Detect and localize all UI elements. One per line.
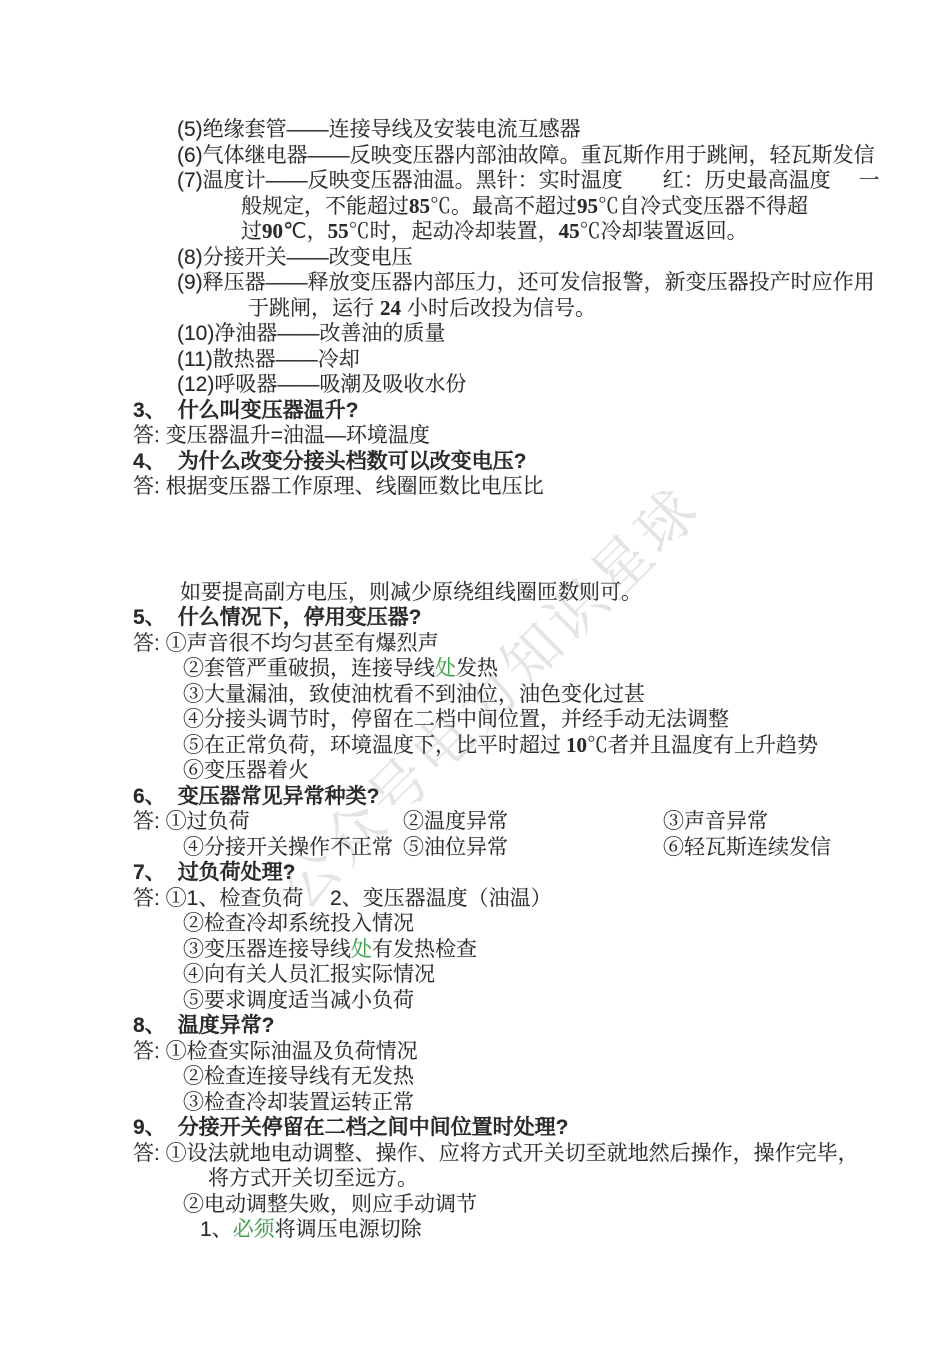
text-line: ④分接头调节时，停留在二档中间位置，并经手动无法调整 [183, 707, 950, 733]
text-run: ②电动调整失败，则应手动调节 [183, 1193, 477, 1216]
bold-number-run: 95 [577, 194, 598, 218]
text-run: ③检查冷却装置运转正常 [183, 1091, 414, 1114]
text-run: 将调压电源切除 [275, 1218, 422, 1241]
bold-number-run: 85 [409, 194, 430, 218]
text-run: (8)分接开关——改变电压 [177, 246, 413, 269]
text-line: ④分接开关操作不正常⑤油位异常⑥轻瓦斯连续发信 [183, 835, 950, 861]
text-line: ⑤在正常负荷，环境温度下，比平时超过10℃者并且温度有上升趋势 [183, 733, 950, 759]
paragraph-gap [0, 500, 950, 580]
text-run: 答: 根据变压器工作原理、线圈匝数比电压比 [133, 475, 544, 498]
bold-number-run: 55 [328, 219, 349, 243]
text-line: 答: ①声音很不均匀甚至有爆烈声 [133, 631, 950, 657]
question-heading-line: 5、什么情况下，停用变压器? [133, 605, 950, 631]
highlighted-text-run: 处 [435, 657, 456, 680]
text-line: ②套管严重破损，连接导线处发热 [183, 656, 950, 682]
text-line: ⑤要求调度适当减小负荷 [183, 988, 950, 1014]
text-run: ℃自冷式变压器不得超 [598, 195, 808, 218]
text-run: 什么情况下，停用变压器? [178, 606, 422, 629]
text-line: (11)散热器——冷却 [177, 347, 950, 373]
text-line: ④向有关人员汇报实际情况 [183, 962, 950, 988]
text-line: 将方式开关切至远方。 [208, 1166, 950, 1192]
text-run: 7、 [133, 861, 166, 884]
text-line: ⑥变压器着火 [183, 758, 950, 784]
document-page: { "page": { "width": 950, "height": 1345… [0, 0, 950, 1345]
text-run: 答: ①1、检查负荷 [133, 887, 303, 910]
text-run: ③声音异常 [663, 809, 768, 835]
text-run: 答: ①声音很不均匀甚至有爆烈声 [133, 632, 439, 655]
question-heading-line: 9、分接开关停留在二档之间中间位置时处理? [133, 1115, 950, 1141]
text-run: (6)气体继电器——反映变压器内部油故障。重瓦斯作用于跳闸，轻瓦斯发信 [177, 144, 875, 167]
text-run: 答: 变压器温升=油温—环境温度 [133, 424, 430, 447]
text-line: ②电动调整失败，则应手动调节 [183, 1192, 950, 1218]
text-run: 过负荷处理? [178, 861, 296, 884]
text-run: 般规定，不能超过 [241, 195, 409, 218]
text-run: 4、 [133, 450, 166, 473]
text-line: (5)绝缘套管——连接导线及安装电流互感器 [177, 117, 950, 143]
text-line: 答: 根据变压器工作原理、线圈匝数比电压比 [133, 474, 950, 500]
text-run: ④分接头调节时，停留在二档中间位置，并经手动无法调整 [183, 708, 729, 731]
text-run: 变压器常见异常种类? [178, 785, 380, 808]
text-line: 如要提高副方电压，则减少原绕组线圈匝数则可。 [180, 580, 950, 606]
question-heading-line: 8、温度异常? [133, 1013, 950, 1039]
text-run: ③大量漏油，致使油枕看不到油位，油色变化过甚 [183, 683, 645, 706]
text-run: (10)净油器——改善油的质量 [177, 322, 445, 345]
highlighted-text-run: 必须 [233, 1218, 275, 1241]
text-run: ④分接开关操作不正常 [183, 836, 393, 859]
document-content: (5)绝缘套管——连接导线及安装电流互感器(6)气体继电器——反映变压器内部油故… [0, 117, 950, 1243]
text-run: ⑤在正常负荷，环境温度下，比平时超过 [183, 734, 561, 757]
text-run: 什么叫变压器温升? [178, 399, 359, 422]
text-run: ③变压器连接导线 [183, 938, 351, 961]
text-run: ⑥轻瓦斯连续发信 [663, 835, 831, 861]
bold-number-run: 90 [262, 219, 283, 243]
text-run: 一 [859, 169, 880, 192]
text-line: 答: ①设法就地电动调整、操作、应将方式开关切至就地然后操作，操作完毕， [133, 1141, 950, 1167]
text-run: 将方式开关切至远方。 [208, 1167, 418, 1190]
text-run: ⑤要求调度适当减小负荷 [183, 989, 414, 1012]
highlighted-text-run: 处 [351, 938, 372, 961]
text-run: ℃， [283, 220, 328, 243]
text-run: 2、变压器温度（油温） [330, 886, 552, 912]
text-run: ②温度异常 [403, 809, 508, 835]
question-heading-line: 7、过负荷处理? [133, 860, 950, 886]
text-line: 1、必须将调压电源切除 [200, 1217, 950, 1243]
text-run: 答: ①过负荷 [133, 810, 250, 833]
bold-number-run: 24 [380, 296, 401, 320]
text-line: 过90℃，55℃时，起动冷却装置，45℃冷却装置返回。 [241, 219, 950, 245]
text-line: (7)温度计——反映变压器油温。黑针：实时温度红：历史最高温度一 [177, 168, 950, 194]
text-run: (5)绝缘套管——连接导线及安装电流互感器 [177, 118, 581, 141]
text-line: ②检查连接导线有无发热 [183, 1064, 950, 1090]
text-line: 答: 变压器温升=油温—环境温度 [133, 423, 950, 449]
text-run: ℃冷却装置返回。 [580, 220, 748, 243]
text-run: 8、 [133, 1014, 166, 1037]
text-run: 红：历史最高温度 [663, 169, 831, 192]
text-run: 1、 [200, 1218, 233, 1241]
text-line: ③变压器连接导线处有发热检查 [183, 937, 950, 963]
question-heading-line: 4、为什么改变分接头档数可以改变电压? [133, 449, 950, 475]
text-run: 6、 [133, 785, 166, 808]
question-heading-line: 6、变压器常见异常种类? [133, 784, 950, 810]
text-run: 小时后改投为信号。 [407, 297, 596, 320]
text-line: 答: ①过负荷②温度异常③声音异常 [133, 809, 950, 835]
text-run: 9、 [133, 1116, 166, 1139]
text-line: (6)气体继电器——反映变压器内部油故障。重瓦斯作用于跳闸，轻瓦斯发信 [177, 143, 950, 169]
text-run: ℃者并且温度有上升趋势 [587, 734, 818, 757]
text-run: 如要提高副方电压，则减少原绕组线圈匝数则可。 [180, 581, 642, 604]
text-run: ②检查冷却系统投入情况 [183, 912, 414, 935]
text-line: (8)分接开关——改变电压 [177, 245, 950, 271]
text-run: 于跳闸，运行 [248, 297, 374, 320]
text-run: (12)呼吸器——吸潮及吸收水份 [177, 373, 466, 396]
text-line: ③大量漏油，致使油枕看不到油位，油色变化过甚 [183, 682, 950, 708]
text-run: (11)散热器——冷却 [177, 348, 360, 371]
bold-number-run: 10 [566, 733, 587, 757]
bold-number-run: 45 [559, 219, 580, 243]
text-run: 过 [241, 220, 262, 243]
text-run: ⑥变压器着火 [183, 759, 309, 782]
text-run: (9)释压器——释放变压器内部压力，还可发信报警，新变压器投产时应作用 [177, 271, 875, 294]
text-line: (9)释压器——释放变压器内部压力，还可发信报警，新变压器投产时应作用 [177, 270, 950, 296]
text-line: 答: ①1、检查负荷2、变压器温度（油温） [133, 886, 950, 912]
text-run: ⑤油位异常 [403, 835, 508, 861]
text-run: 有发热检查 [372, 938, 477, 961]
text-run: ℃时，起动冷却装置， [349, 220, 559, 243]
text-run: 答: ①设法就地电动调整、操作、应将方式开关切至就地然后操作，操作完毕， [133, 1142, 859, 1165]
text-run: 3、 [133, 399, 166, 422]
text-line: (10)净油器——改善油的质量 [177, 321, 950, 347]
text-run: ℃。最高不超过 [430, 195, 577, 218]
question-heading-line: 3、什么叫变压器温升? [133, 398, 950, 424]
text-run: 分接开关停留在二档之间中间位置时处理? [178, 1116, 569, 1139]
text-run: ②套管严重破损，连接导线 [183, 657, 435, 680]
text-run: 5、 [133, 606, 166, 629]
text-run: ②检查连接导线有无发热 [183, 1065, 414, 1088]
text-run: (7)温度计——反映变压器油温。黑针：实时温度 [177, 169, 623, 192]
text-run: 发热 [456, 657, 498, 680]
text-line: ③检查冷却装置运转正常 [183, 1090, 950, 1116]
text-line: (12)呼吸器——吸潮及吸收水份 [177, 372, 950, 398]
text-line: ②检查冷却系统投入情况 [183, 911, 950, 937]
text-run: ④向有关人员汇报实际情况 [183, 963, 435, 986]
text-line: 答: ①检查实际油温及负荷情况 [133, 1039, 950, 1065]
text-line: 般规定，不能超过85℃。最高不超过95℃自冷式变压器不得超 [241, 194, 950, 220]
text-line: 于跳闸，运行24小时后改投为信号。 [248, 296, 950, 322]
text-run: 温度异常? [178, 1014, 275, 1037]
text-run: 答: ①检查实际油温及负荷情况 [133, 1040, 418, 1063]
text-run: 为什么改变分接头档数可以改变电压? [178, 450, 527, 473]
